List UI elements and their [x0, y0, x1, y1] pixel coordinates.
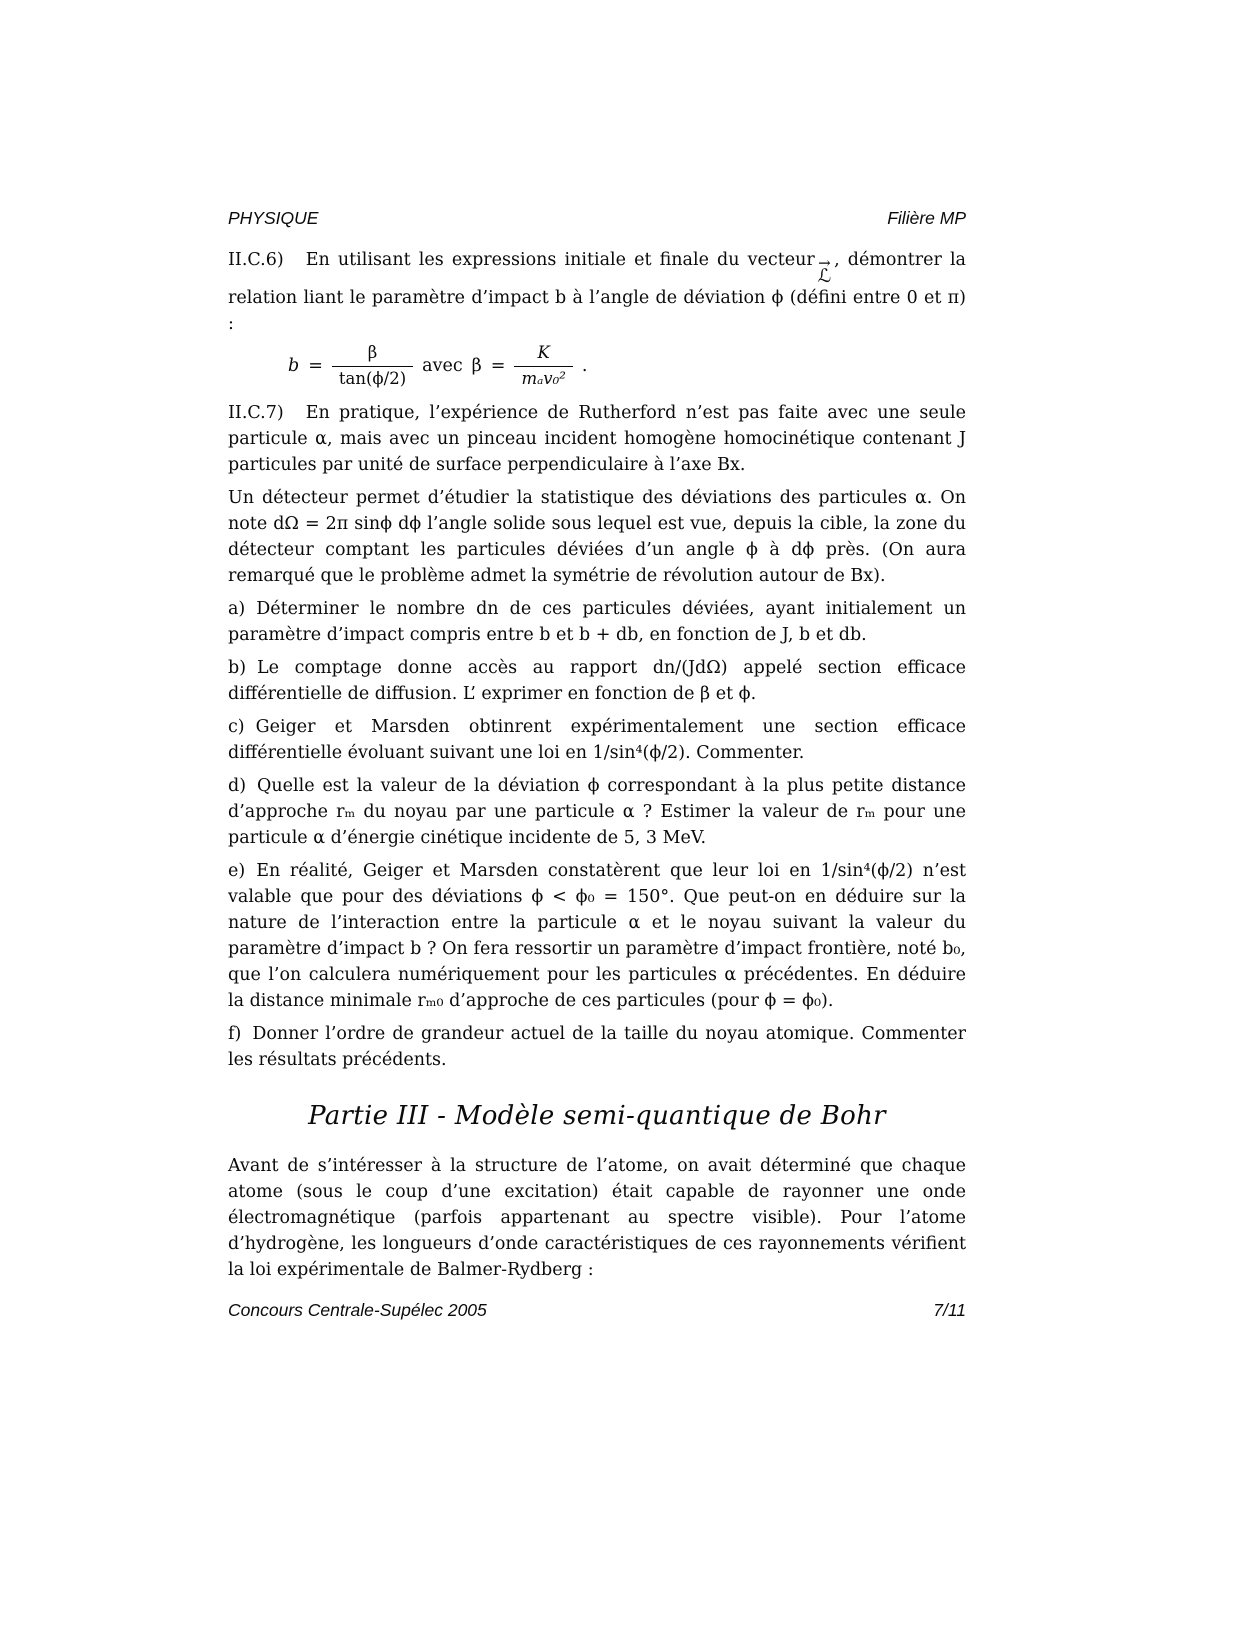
- footer-exam-name: Concours Centrale-Supélec 2005: [228, 1300, 487, 1321]
- header-subject: PHYSIQUE: [228, 208, 318, 229]
- item-e-label: e): [228, 861, 245, 881]
- fraction1-numerator: β: [361, 344, 385, 366]
- question-item-b: b)Le comptage donne accès au rapport dn/…: [228, 655, 966, 707]
- item-a-text: Déterminer le nombre dn de ces particule…: [228, 599, 966, 645]
- document-page: PHYSIQUE Filière MP II.C.6)En utilisant …: [0, 0, 1240, 1648]
- fraction1-denominator: tan(ϕ/2): [332, 366, 413, 389]
- equation-period: .: [582, 356, 588, 376]
- page-content: PHYSIQUE Filière MP II.C.6)En utilisant …: [228, 208, 966, 1290]
- item-f-text: Donner l’ordre de grandeur actuel de la …: [228, 1024, 966, 1070]
- question-item-c: c)Geiger et Marsden obtinrent expériment…: [228, 714, 966, 766]
- fraction2-denominator: mₐv₀²: [514, 366, 572, 389]
- page-header: PHYSIQUE Filière MP: [228, 208, 966, 229]
- question-item-e: e)En réalité, Geiger et Marsden constatè…: [228, 858, 966, 1014]
- question-iic7-text: En pratique, l’expérience de Rutherford …: [228, 403, 966, 475]
- question-iic6-label: II.C.6): [228, 250, 284, 270]
- item-b-label: b): [228, 658, 246, 678]
- question-iic7-label: II.C.7): [228, 403, 284, 423]
- question-item-d: d)Quelle est la valeur de la déviation ϕ…: [228, 773, 966, 851]
- angular-momentum-vector-symbol: →ℒ: [818, 259, 831, 285]
- equation-equals-1: =: [308, 356, 323, 376]
- page-footer: Concours Centrale-Supélec 2005 7/11: [228, 1300, 966, 1321]
- paragraph-detector: Un détecteur permet d’étudier la statist…: [228, 485, 966, 589]
- equation-avec: avec: [422, 356, 462, 376]
- header-track: Filière MP: [887, 208, 966, 229]
- equation-impact-parameter: b = β tan(ϕ/2) avec β = K mₐv₀² .: [288, 344, 966, 389]
- item-c-text: Geiger et Marsden obtinrent expérimental…: [228, 717, 966, 763]
- item-d-text: Quelle est la valeur de la déviation ϕ c…: [228, 776, 966, 848]
- item-e-text: En réalité, Geiger et Marsden constatère…: [228, 861, 966, 1011]
- fraction2-numerator: K: [530, 344, 556, 366]
- fraction-K-over-mv2: K mₐv₀²: [514, 344, 572, 389]
- equation-equals-2: =: [491, 356, 506, 376]
- question-item-f: f)Donner l’ordre de grandeur actuel de l…: [228, 1021, 966, 1073]
- part3-intro-paragraph: Avant de s’intéresser à la structure de …: [228, 1153, 966, 1283]
- script-L-symbol: ℒ: [818, 268, 831, 285]
- equation-lhs: b: [288, 356, 299, 376]
- section-title-part3: Partie III - Modèle semi-quantique de Bo…: [228, 1101, 966, 1131]
- fraction-beta-over-tan: β tan(ϕ/2): [332, 344, 413, 389]
- item-d-label: d): [228, 776, 246, 796]
- item-a-label: a): [228, 599, 245, 619]
- question-iic6-text-before: En utilisant les expressions initiale et…: [306, 250, 815, 270]
- equation-beta: β: [472, 356, 482, 376]
- item-f-label: f): [228, 1024, 241, 1044]
- question-item-a: a)Déterminer le nombre dn de ces particu…: [228, 596, 966, 648]
- footer-page-number: 7/11: [933, 1300, 966, 1321]
- item-b-text: Le comptage donne accès au rapport dn/(J…: [228, 658, 966, 704]
- question-iic7: II.C.7)En pratique, l’expérience de Ruth…: [228, 400, 966, 478]
- item-c-label: c): [228, 717, 245, 737]
- question-iic6: II.C.6)En utilisant les expressions init…: [228, 247, 966, 337]
